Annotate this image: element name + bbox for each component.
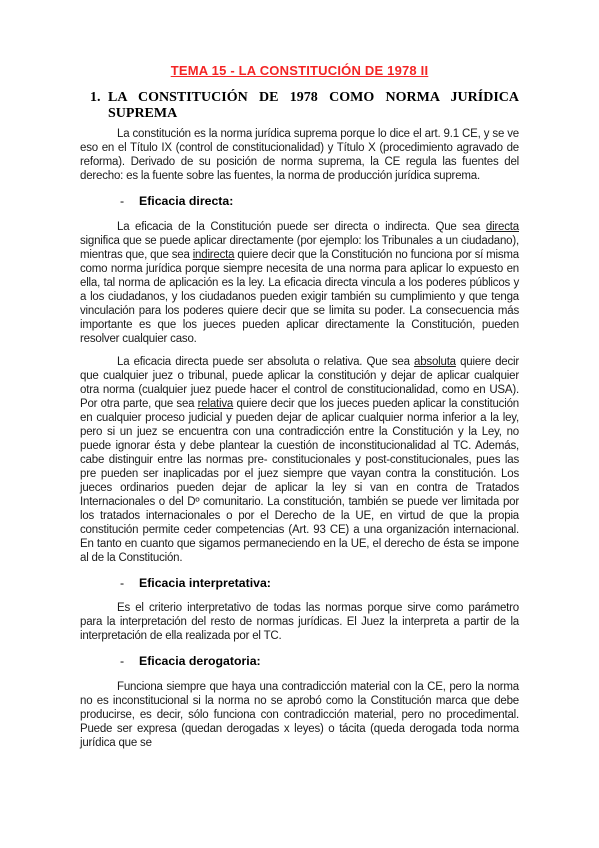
underlined-term: absoluta (414, 356, 456, 368)
subsection-heading-eficacia-directa: -Eficacia directa: (120, 194, 519, 209)
document-title: TEMA 15 - LA CONSTITUCIÓN DE 1978 II (80, 63, 519, 78)
subsection-heading-eficacia-interpretativa: -Eficacia interpretativa: (120, 576, 519, 591)
intro-paragraph: La constitución es la norma jurídica sup… (80, 127, 519, 183)
underlined-term: indirecta (193, 249, 235, 261)
paragraph-text: La eficacia directa puede ser absoluta o… (117, 356, 414, 368)
subsection-heading-label: Eficacia directa: (139, 194, 233, 208)
eficacia-interpretativa-paragraph: Es el criterio interpretativo de todas l… (80, 601, 519, 643)
section-1-number: 1. (90, 90, 101, 106)
subsection-heading-eficacia-derogatoria: -Eficacia derogatoria: (120, 654, 519, 669)
section-1-heading-line-1: LA CONSTITUCIÓN DE 1978 COMO NORMA JURÍD… (108, 90, 519, 106)
bullet-dash: - (120, 654, 139, 669)
eficacia-directa-paragraph-2: La eficacia directa puede ser absoluta o… (80, 355, 519, 565)
paragraph-text: quiere decir que la Constitución no func… (80, 249, 519, 345)
eficacia-derogatoria-paragraph: Funciona siempre que haya una contradicc… (80, 680, 519, 750)
underlined-term: relativa (198, 398, 233, 410)
document-page: TEMA 15 - LA CONSTITUCIÓN DE 1978 II 1. … (0, 0, 599, 848)
subsection-heading-label: Eficacia interpretativa: (139, 576, 271, 590)
bullet-dash: - (120, 194, 139, 209)
underlined-term: directa (486, 221, 519, 233)
eficacia-directa-paragraph-1: La eficacia de la Constitución puede ser… (80, 220, 519, 346)
bullet-dash: - (120, 576, 139, 591)
subsection-heading-label: Eficacia derogatoria: (139, 654, 261, 668)
section-1-heading: 1. LA CONSTITUCIÓN DE 1978 COMO NORMA JU… (80, 90, 519, 121)
section-1-heading-line-2: SUPREMA (108, 106, 519, 122)
paragraph-text: La eficacia de la Constitución puede ser… (117, 221, 486, 233)
paragraph-text: quiere decir que los jueces pueden aplic… (80, 398, 519, 564)
